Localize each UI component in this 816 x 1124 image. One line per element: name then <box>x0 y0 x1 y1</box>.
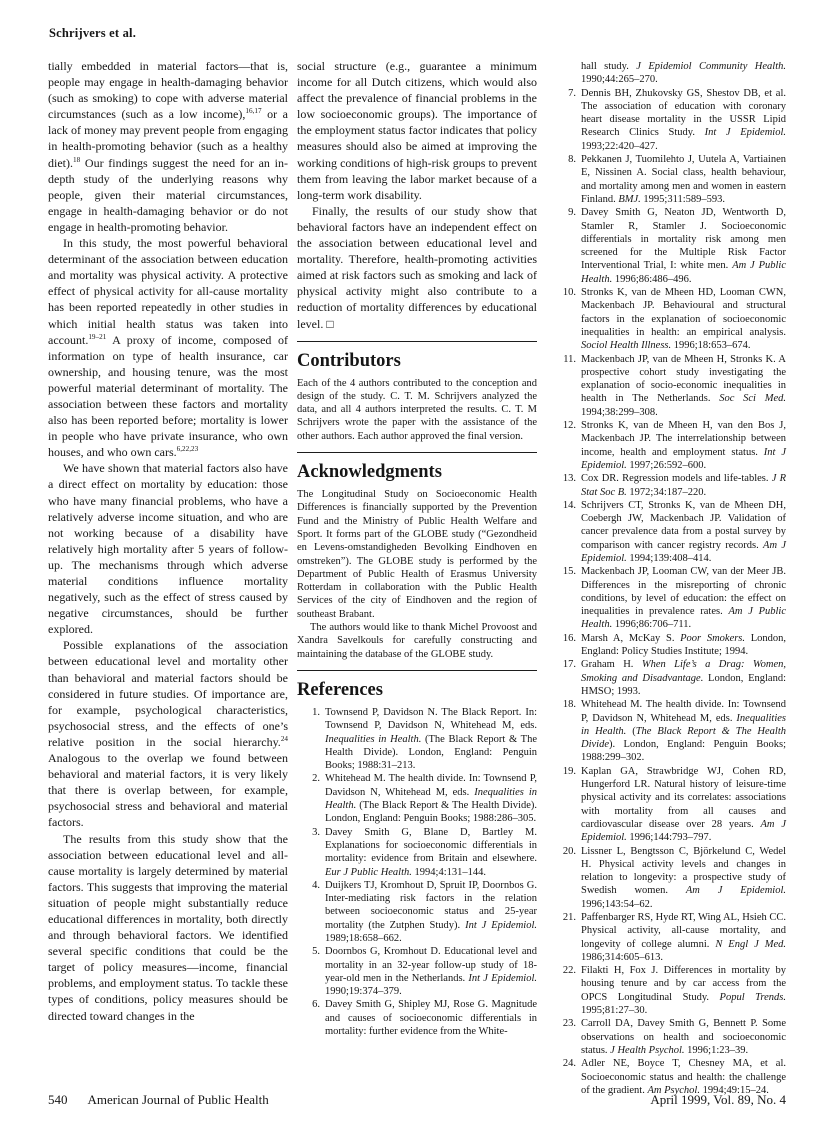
reference-text: Stronks K, van de Mheen H, van den Bos J… <box>581 419 786 472</box>
reference-text: Davey Smith G, Shipley MJ, Rose G. Magni… <box>325 998 537 1038</box>
reference-text: Schrijvers CT, Stronks K, van de Mheen D… <box>581 499 786 565</box>
reference-number: 7. <box>546 87 581 153</box>
reference-text: Marsh A, McKay S. Poor Smokers. London, … <box>581 632 786 659</box>
reference-text: Kaplan GA, Strawbridge WJ, Cohen RD, Hun… <box>581 765 786 845</box>
footer-left: 540 American Journal of Public Health <box>48 1092 269 1108</box>
content-columns: tially embedded in material factors—that… <box>48 58 786 1097</box>
paragraph: tially embedded in material factors—that… <box>48 58 288 235</box>
reference-text: Doornbos G, Kromhout D. Educational leve… <box>325 945 537 998</box>
column-2: social structure (e.g., guarantee a mini… <box>297 58 537 1038</box>
reference-item: hall study. J Epidemiol Community Health… <box>546 60 786 87</box>
reference-number: 19. <box>546 765 581 845</box>
reference-number: 6. <box>297 998 325 1038</box>
reference-item: 11.Mackenbach JP, van de Mheen H, Stronk… <box>546 353 786 419</box>
footer-page-number: 540 <box>48 1092 68 1108</box>
acknowledgments-body: The Longitudinal Study on Socioeconomic … <box>297 488 537 661</box>
reference-item: 1.Townsend P, Davidson N. The Black Repo… <box>297 706 537 772</box>
paragraph: Possible explanations of the association… <box>48 637 288 830</box>
references-list-col3: hall study. J Epidemiol Community Health… <box>546 60 786 1097</box>
reference-text: Paffenbarger RS, Hyde RT, Wing AL, Hsieh… <box>581 911 786 964</box>
reference-text: Duijkers TJ, Kromhout D, Spruit IP, Door… <box>325 879 537 945</box>
reference-text: Whitehead M. The health divide. In: Town… <box>581 698 786 764</box>
reference-number: 18. <box>546 698 581 764</box>
reference-text: hall study. J Epidemiol Community Health… <box>581 60 786 87</box>
reference-item: 14.Schrijvers CT, Stronks K, van de Mhee… <box>546 499 786 565</box>
paragraph: The authors would like to thank Michel P… <box>297 621 537 661</box>
reference-number <box>546 60 581 87</box>
reference-text: Filakti H, Fox J. Differences in mortali… <box>581 964 786 1017</box>
footer-journal-name: American Journal of Public Health <box>88 1092 269 1108</box>
paragraph: Each of the 4 authors contributed to the… <box>297 377 537 443</box>
section-rule <box>297 452 537 453</box>
reference-number: 13. <box>546 472 581 499</box>
reference-text: Dennis BH, Zhukovsky GS, Shestov DB, et … <box>581 87 786 153</box>
reference-number: 14. <box>546 499 581 565</box>
page-footer: 540 American Journal of Public Health Ap… <box>48 1092 786 1108</box>
column-1: tially embedded in material factors—that… <box>48 58 288 1024</box>
reference-item: 15.Mackenbach JP, Looman CW, van der Mee… <box>546 565 786 631</box>
reference-number: 2. <box>297 772 325 825</box>
reference-number: 11. <box>546 353 581 419</box>
reference-item: 19.Kaplan GA, Strawbridge WJ, Cohen RD, … <box>546 765 786 845</box>
paragraph: We have shown that material factors also… <box>48 460 288 637</box>
reference-item: 7.Dennis BH, Zhukovsky GS, Shestov DB, e… <box>546 87 786 153</box>
reference-item: 22.Filakti H, Fox J. Differences in mort… <box>546 964 786 1017</box>
reference-number: 20. <box>546 845 581 911</box>
reference-item: 20.Lissner L, Bengtsson C, Björkelund C,… <box>546 845 786 911</box>
paragraph: In this study, the most powerful behavio… <box>48 235 288 460</box>
reference-item: 2.Whitehead M. The health divide. In: To… <box>297 772 537 825</box>
reference-item: 10.Stronks K, van de Mheen HD, Looman CW… <box>546 286 786 352</box>
reference-number: 16. <box>546 632 581 659</box>
reference-item: 23.Carroll DA, Davey Smith G, Bennett P.… <box>546 1017 786 1057</box>
reference-number: 8. <box>546 153 581 206</box>
reference-number: 12. <box>546 419 581 472</box>
reference-item: 12.Stronks K, van de Mheen H, van den Bo… <box>546 419 786 472</box>
reference-item: 3.Davey Smith G, Blane D, Bartley M. Exp… <box>297 826 537 879</box>
reference-item: 13.Cox DR. Regression models and life-ta… <box>546 472 786 499</box>
reference-item: 5.Doornbos G, Kromhout D. Educational le… <box>297 945 537 998</box>
acknowledgments-heading: Acknowledgments <box>297 462 537 483</box>
reference-item: 8.Pekkanen J, Tuomilehto J, Uutela A, Va… <box>546 153 786 206</box>
reference-number: 22. <box>546 964 581 1017</box>
reference-text: Pekkanen J, Tuomilehto J, Uutela A, Vart… <box>581 153 786 206</box>
reference-number: 15. <box>546 565 581 631</box>
reference-number: 21. <box>546 911 581 964</box>
reference-text: Davey Smith G, Blane D, Bartley M. Expla… <box>325 826 537 879</box>
paragraph: The results from this study show that th… <box>48 831 288 1024</box>
reference-text: Whitehead M. The health divide. In: Town… <box>325 772 537 825</box>
reference-item: 18.Whitehead M. The health divide. In: T… <box>546 698 786 764</box>
reference-number: 4. <box>297 879 325 945</box>
footer-issue-info: April 1999, Vol. 89, No. 4 <box>650 1092 786 1108</box>
reference-number: 1. <box>297 706 325 772</box>
contributors-heading: Contributors <box>297 351 537 372</box>
reference-text: Carroll DA, Davey Smith G, Bennett P. So… <box>581 1017 786 1057</box>
references-heading: References <box>297 680 537 701</box>
reference-number: 17. <box>546 658 581 698</box>
section-rule <box>297 670 537 671</box>
reference-text: Cox DR. Regression models and life-table… <box>581 472 786 499</box>
reference-text: Townsend P, Davidson N. The Black Report… <box>325 706 537 772</box>
contributors-body: Each of the 4 authors contributed to the… <box>297 377 537 443</box>
reference-text: Lissner L, Bengtsson C, Björkelund C, We… <box>581 845 786 911</box>
reference-number: 9. <box>546 206 581 286</box>
reference-text: Mackenbach JP, Looman CW, van der Meer J… <box>581 565 786 631</box>
paragraph: social structure (e.g., guarantee a mini… <box>297 58 537 203</box>
reference-number: 23. <box>546 1017 581 1057</box>
reference-text: Davey Smith G, Neaton JD, Wentworth D, S… <box>581 206 786 286</box>
section-rule <box>297 341 537 342</box>
reference-item: 6.Davey Smith G, Shipley MJ, Rose G. Mag… <box>297 998 537 1038</box>
reference-number: 10. <box>546 286 581 352</box>
column-1-paragraphs: tially embedded in material factors—that… <box>48 58 288 1024</box>
reference-item: 16.Marsh A, McKay S. Poor Smokers. Londo… <box>546 632 786 659</box>
references-list-col2: 1.Townsend P, Davidson N. The Black Repo… <box>297 706 537 1038</box>
reference-text: Mackenbach JP, van de Mheen H, Stronks K… <box>581 353 786 419</box>
column-3: hall study. J Epidemiol Community Health… <box>546 58 786 1097</box>
reference-item: 4.Duijkers TJ, Kromhout D, Spruit IP, Do… <box>297 879 537 945</box>
reference-text: Graham H. When Life’s a Drag: Women, Smo… <box>581 658 786 698</box>
paragraph: The Longitudinal Study on Socioeconomic … <box>297 488 537 621</box>
reference-text: Stronks K, van de Mheen HD, Looman CWN, … <box>581 286 786 352</box>
reference-item: 21.Paffenbarger RS, Hyde RT, Wing AL, Hs… <box>546 911 786 964</box>
reference-item: 17.Graham H. When Life’s a Drag: Women, … <box>546 658 786 698</box>
running-head: Schrijvers et al. <box>49 26 136 41</box>
column-2-paragraphs: social structure (e.g., guarantee a mini… <box>297 58 537 332</box>
reference-number: 5. <box>297 945 325 998</box>
paragraph: Finally, the results of our study show t… <box>297 203 537 332</box>
reference-number: 3. <box>297 826 325 879</box>
reference-item: 9.Davey Smith G, Neaton JD, Wentworth D,… <box>546 206 786 286</box>
